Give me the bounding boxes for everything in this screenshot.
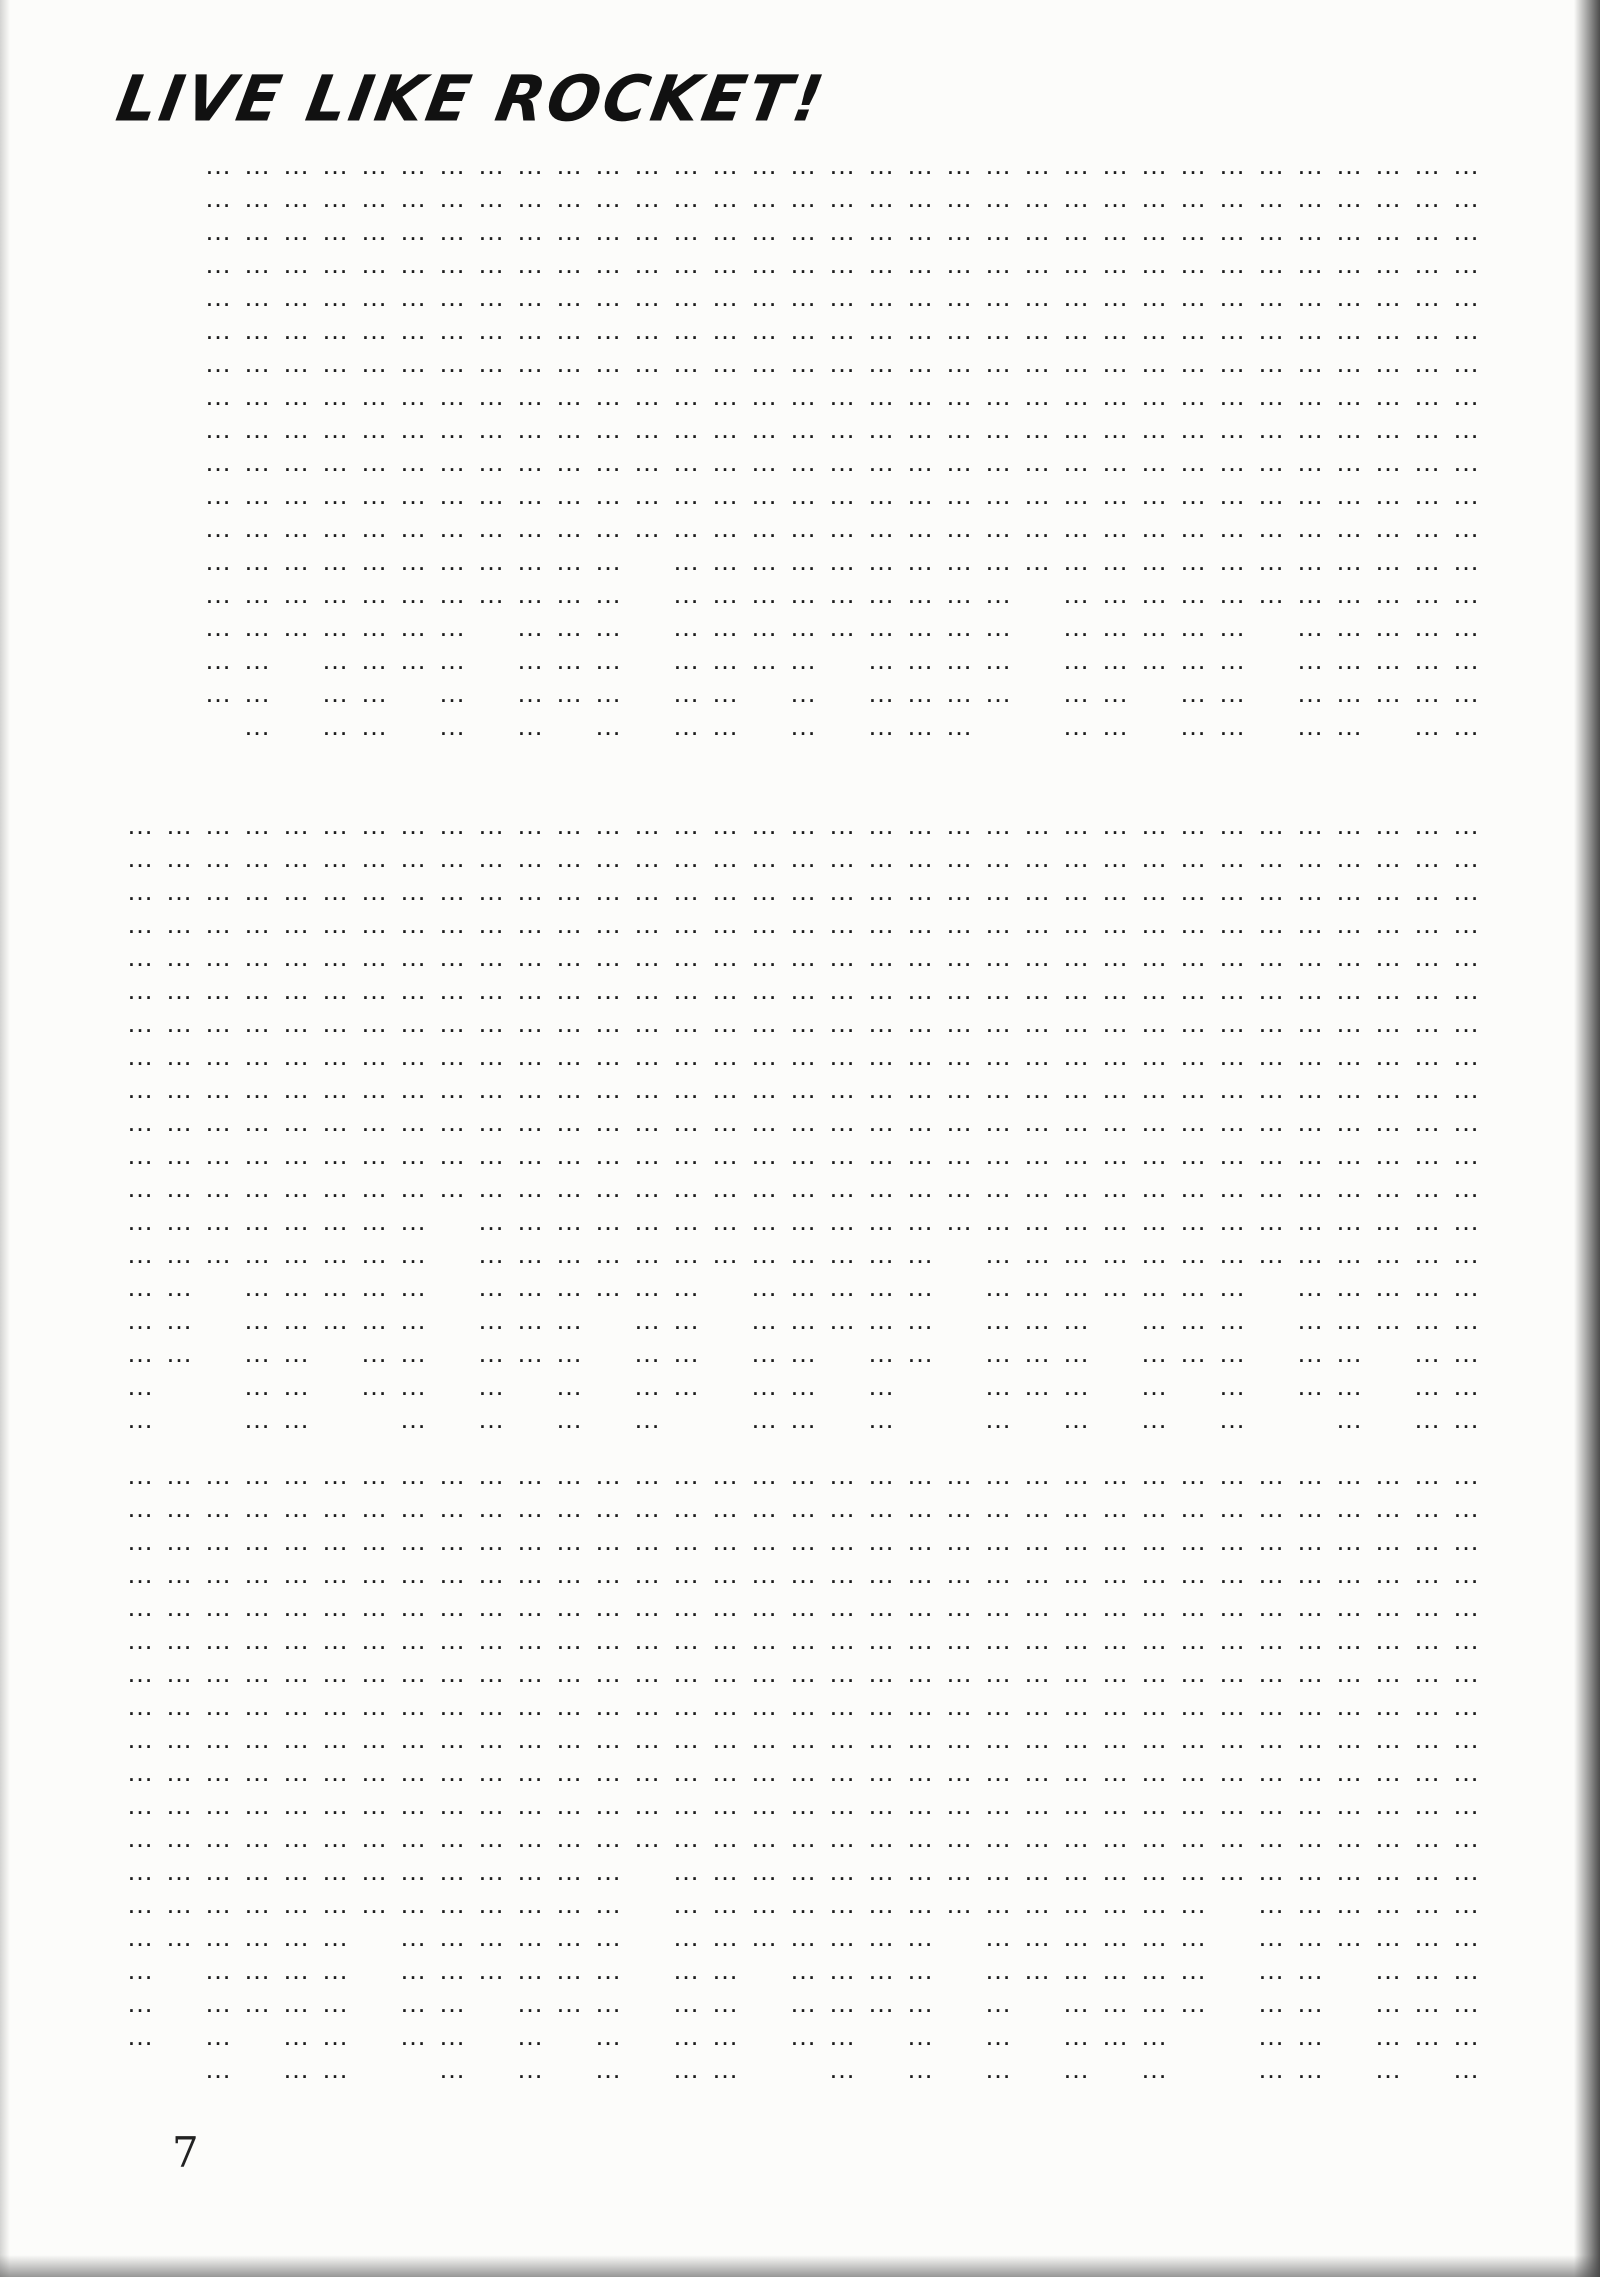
- redacted-text-column: …………………………………………: [393, 150, 432, 765]
- redacted-text-column: ………………………………………………………: [315, 150, 354, 765]
- redacted-text-column: ………………………………………………: [1290, 810, 1329, 1430]
- redacted-text-column: ………………………………………………………: [1056, 1460, 1095, 2085]
- redacted-text-column: ……………………………………………………: [705, 150, 744, 765]
- redacted-text-column: ……………………………………………: [900, 810, 939, 1430]
- redacted-text-column: ……………………………………………: [1173, 1460, 1212, 2085]
- redacted-text-column: …………………………………………………: [978, 1460, 1017, 2085]
- redacted-text-column: ……………………………………: [705, 810, 744, 1430]
- redacted-text-column: ………………………………………………: [393, 1460, 432, 2085]
- redacted-text-column: ……………………………………………: [1173, 810, 1212, 1430]
- redacted-text-column: ………………………………………………: [1017, 810, 1056, 1430]
- redacted-text-column: …………………………………………………: [237, 150, 276, 765]
- redacted-text-column: ………………………………………………………: [1290, 150, 1329, 765]
- redacted-text-column: ………………………………………: [1329, 1460, 1368, 2085]
- redacted-text-column: ……………………………………………: [510, 810, 549, 1430]
- redacted-text-column: ………………………………………: [744, 1460, 783, 2085]
- redacted-text-column: ………………………………………………………: [1095, 150, 1134, 765]
- redacted-text-column: ……………………………………………………: [120, 810, 159, 1430]
- redacted-text-column: ………………………………………………………: [198, 1460, 237, 2085]
- redacted-text-column: ………………………………………………: [1407, 1460, 1446, 2085]
- redacted-text-column: ……………………………………………………: [393, 810, 432, 1430]
- redacted-text-column: …………………………………………: [315, 810, 354, 1430]
- redacted-text-column: ………………………………………………………: [432, 1460, 471, 2085]
- redacted-text-column: ………………………………………………: [900, 150, 939, 765]
- redacted-text-column: ……………………………………………: [198, 150, 237, 765]
- redacted-text-column: …………………………………………………: [1290, 1460, 1329, 2085]
- redacted-text-column: ………………………………………………………: [1407, 810, 1446, 1430]
- text-block-3: ……………………………………………………………………………………………………………: [120, 1460, 1485, 2085]
- redacted-text-column: …………………………………………………: [237, 810, 276, 1430]
- redacted-text-column: ………………………………………………………: [666, 1460, 705, 2085]
- redacted-text-column: ……………………………………………………: [627, 810, 666, 1430]
- redacted-text-column: ……………………………………: [198, 810, 237, 1430]
- scanned-page: LIVE LIKE ROCKET! ……………………………………………………………: [0, 0, 1600, 2277]
- redacted-text-column: ………………………………………: [1095, 810, 1134, 1430]
- redacted-text-column: …………………………………………………: [276, 1460, 315, 2085]
- redacted-text-column: ……………………………………………: [237, 1460, 276, 2085]
- redacted-text-column: …………………………………………: [1017, 1460, 1056, 2085]
- redacted-text-column: ………………………………………………: [120, 1460, 159, 2085]
- redacted-text-column: ……………………………………………………: [1329, 810, 1368, 1430]
- redacted-text-column: ……………………………………: [1251, 810, 1290, 1430]
- redacted-text-column: ……………………………………………: [1368, 150, 1407, 765]
- redacted-text-column: …………………………………………………: [783, 810, 822, 1430]
- text-block-2: ……………………………………………………………………………………………………………: [120, 810, 1485, 1430]
- redacted-text-column: ……………………………………………: [549, 150, 588, 765]
- redacted-text-column: ……………………………………………………: [1446, 150, 1485, 765]
- redacted-text-column: ………………………………………………………: [861, 150, 900, 765]
- redacted-text-column: ……………………………………………………: [1173, 150, 1212, 765]
- redacted-text-column: ………………………………………………………: [1251, 1460, 1290, 2085]
- page-number: 7: [172, 2128, 199, 2177]
- redacted-text-column: ………………………………………………: [783, 1460, 822, 2085]
- redacted-text-column: ……………………………………………………: [432, 150, 471, 765]
- redacted-text-column: ………………………………: [627, 150, 666, 765]
- redacted-text-column: ………………………………………………………: [744, 810, 783, 1430]
- redacted-text-column: …………………………………………: [1134, 150, 1173, 765]
- redacted-text-column: ……………………………………………………: [1134, 1460, 1173, 2085]
- redacted-text-column: ………………………………………………………: [978, 810, 1017, 1430]
- redacted-text-column: ………………………………………: [822, 150, 861, 765]
- redacted-text-column: ………………………………: [627, 1460, 666, 2085]
- scan-edge-shadow-bottom: [0, 2255, 1600, 2277]
- redacted-text-column: ………………………………………………………: [549, 810, 588, 1430]
- redacted-text-column: ………………………………………: [588, 810, 627, 1430]
- redacted-text-column: …………………………………………………: [510, 150, 549, 765]
- redacted-text-column: ………………………………………………: [666, 150, 705, 765]
- redacted-text-column: …………………………………………………: [471, 810, 510, 1430]
- redacted-text-column: …………………………………………: [1368, 810, 1407, 1430]
- redacted-text-column: ………………………………………………: [666, 810, 705, 1430]
- redacted-text-column: ………………………………………………………: [588, 150, 627, 765]
- redacted-text-column: ……………………………………………………: [939, 150, 978, 765]
- redacted-text-column: ………………………………………………………: [276, 810, 315, 1430]
- redacted-text-column: ……………………………………………: [159, 810, 198, 1430]
- redacted-text-column: ……………………………………: [354, 1460, 393, 2085]
- redacted-text-column: ……………………………………: [471, 150, 510, 765]
- redacted-text-column: ……………………………………………………: [900, 1460, 939, 2085]
- redacted-text-column: ……………………………………………………: [315, 1460, 354, 2085]
- redacted-text-column: …………………………………………………: [1329, 150, 1368, 765]
- redacted-text-column: …………………………………………: [822, 810, 861, 1430]
- redacted-text-column: ……………………………………………………: [1056, 810, 1095, 1430]
- redacted-text-column: ………………………………………: [276, 150, 315, 765]
- redacted-text-column: …………………………………………………: [510, 1460, 549, 2085]
- redacted-text-column: ………………………………………………………: [1446, 1460, 1485, 2085]
- redacted-text-column: …………………………………: [939, 810, 978, 1430]
- redacted-text-column: …………………………………………………: [783, 150, 822, 765]
- redacted-text-column: ………………………………………………: [1095, 1460, 1134, 2085]
- scan-edge-shadow-left: [0, 0, 10, 2277]
- redacted-text-column: ……………………………………: [939, 1460, 978, 2085]
- redacted-text-column: …………………………………………………: [1134, 810, 1173, 1430]
- redacted-text-column: ………………………………………………………: [822, 1460, 861, 2085]
- redacted-text-column: …………………………………………………: [1446, 810, 1485, 1430]
- redacted-text-column: …………………………………………: [744, 150, 783, 765]
- redacted-text-column: ……………………………………………………: [1368, 1460, 1407, 2085]
- scan-edge-shadow-right: [1574, 0, 1600, 2277]
- redacted-text-column: ……………………………………………………: [1407, 150, 1446, 765]
- redacted-text-column: ……………………………………………………: [588, 1460, 627, 2085]
- redacted-text-column: …………………………………………: [471, 1460, 510, 2085]
- text-block-1: ……………………………………………………………………………………………………………: [120, 150, 1485, 765]
- logo-live-like-rocket: LIVE LIKE ROCKET!: [111, 61, 831, 135]
- redacted-text-column: ……………………………………………: [549, 1460, 588, 2085]
- redacted-text-column: ……………………………………………: [861, 1460, 900, 2085]
- redacted-text-column: …………………………………: [1212, 1460, 1251, 2085]
- redacted-text-column: ……………………………………………………: [861, 810, 900, 1430]
- redacted-text-column: ………………………………………………: [354, 150, 393, 765]
- redacted-text-column: ………………………………………………: [354, 810, 393, 1430]
- redacted-text-column: ………………………………………: [159, 1460, 198, 2085]
- redacted-text-column: ………………………………: [432, 810, 471, 1430]
- redacted-text-column: …………………………………………………: [1056, 150, 1095, 765]
- redacted-text-column: …………………………………: [1017, 150, 1056, 765]
- redacted-text-column: ………………………………………………: [1212, 150, 1251, 765]
- redacted-text-column: ……………………………………: [1251, 150, 1290, 765]
- redacted-text-column: ………………………………………………………: [1212, 810, 1251, 1430]
- redacted-text-column: ……………………………………………: [978, 150, 1017, 765]
- redacted-text-column: …………………………………………………: [705, 1460, 744, 2085]
